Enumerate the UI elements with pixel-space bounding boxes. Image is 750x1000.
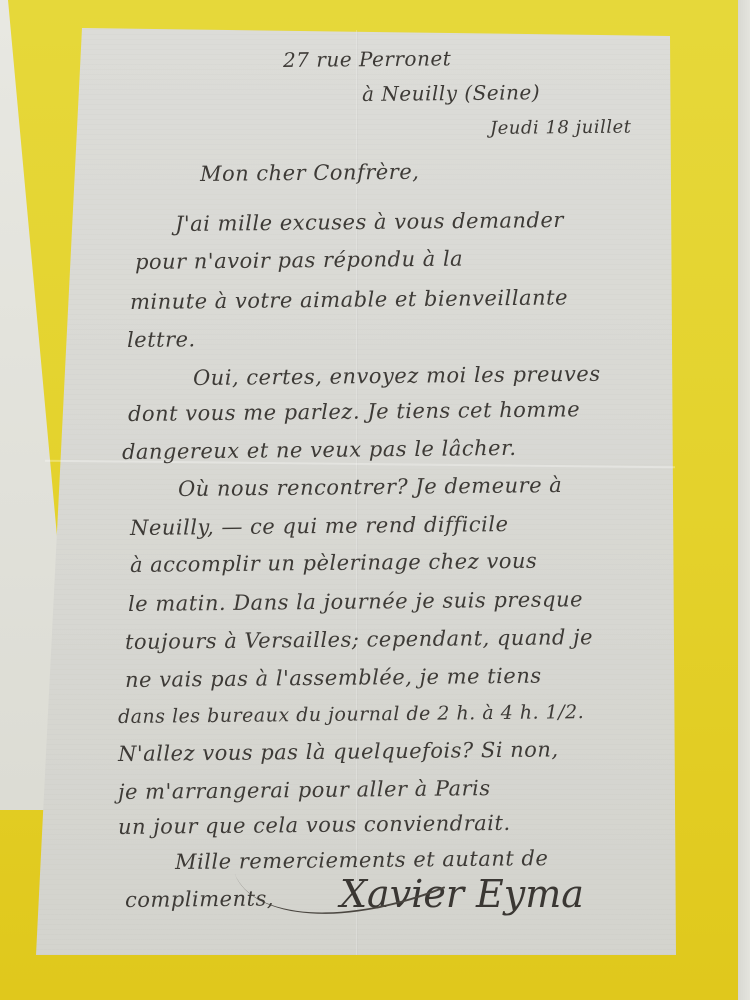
body-line: ne vais pas à l'assemblée, je me tiens bbox=[125, 664, 542, 692]
body-line: pour n'avoir pas répondu à la bbox=[135, 247, 463, 274]
body-line: lettre. bbox=[127, 327, 196, 352]
body-line: N'allez vous pas là quelquefois? Si non, bbox=[118, 737, 559, 766]
body-line: toujours à Versailles; cependant, quand … bbox=[125, 625, 593, 654]
salutation: Mon cher Confrère, bbox=[200, 160, 420, 186]
body-line: le matin. Dans la journée je suis presqu… bbox=[128, 587, 583, 616]
body-line: Neuilly, — ce qui me rend difficile bbox=[130, 512, 509, 540]
underlying-sheet-right bbox=[738, 0, 750, 1000]
body-line: je m'arrangerai pour aller à Paris bbox=[118, 776, 491, 804]
body-line: J'ai mille excuses à vous demander bbox=[175, 208, 564, 236]
body-line: minute à votre aimable et bienveillante bbox=[130, 285, 568, 314]
letter-date: Jeudi 18 juillet bbox=[490, 117, 632, 139]
body-line: à accomplir un pèlerinage chez vous bbox=[130, 549, 537, 577]
body-line: Où nous rencontrer? Je demeure à bbox=[178, 473, 563, 501]
address-line-2: à Neuilly (Seine) bbox=[362, 80, 540, 106]
body-line: un jour que cela vous conviendrait. bbox=[118, 811, 511, 839]
body-line: Oui, certes, envoyez moi les preuves bbox=[193, 362, 601, 390]
body-line: dangereux et ne veux pas le lâcher. bbox=[122, 436, 517, 464]
address-line-1: 27 rue Perronet bbox=[283, 46, 452, 72]
body-line: dont vous me parlez. Je tiens cet homme bbox=[128, 397, 580, 426]
